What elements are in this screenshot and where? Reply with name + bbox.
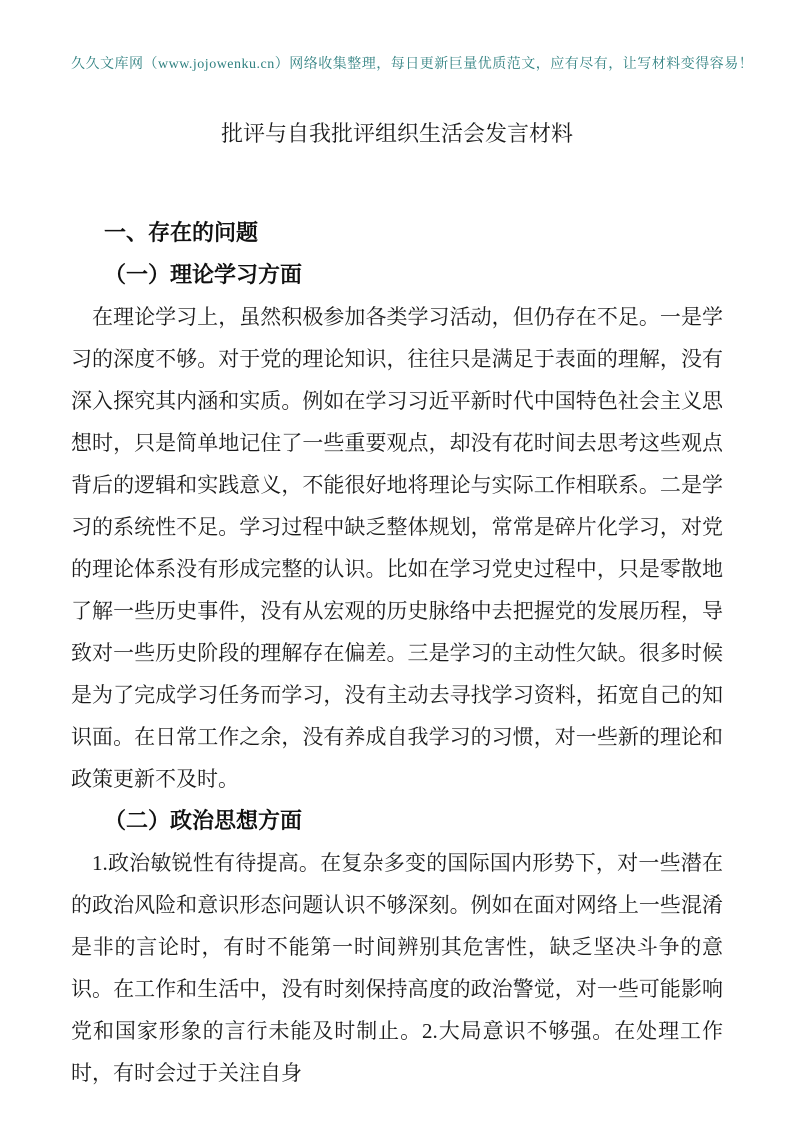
paragraph-political-thought: 1.政治敏锐性有待提高。在复杂多变的国际国内形势下，对一些潜在的政治风险和意识形…: [71, 842, 723, 1094]
subsection-heading-political-thought: （二）政治思想方面: [71, 800, 723, 842]
document-page: 久久文库网（www.jojowenku.cn）网络收集整理，每日更新巨量优质范文…: [0, 0, 793, 1122]
paragraph-theory-study: 在理论学习上，虽然积极参加各类学习活动，但仍存在不足。一是学习的深度不够。对于党…: [71, 296, 723, 800]
subsection-heading-theory-study: （一）理论学习方面: [71, 254, 723, 296]
section-heading-problems: 一、存在的问题: [71, 212, 723, 254]
site-watermark-notice: 久久文库网（www.jojowenku.cn）网络收集整理，每日更新巨量优质范文…: [71, 0, 723, 74]
document-title: 批评与自我批评组织生活会发言材料: [71, 120, 723, 148]
